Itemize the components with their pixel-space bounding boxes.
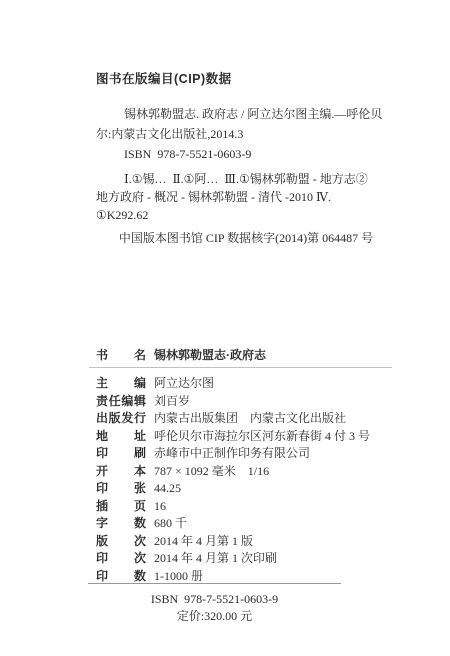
row-label: 出版发行: [96, 409, 146, 426]
row-value: 阿立达尔图: [154, 374, 214, 391]
table-row-word-count: 字数 680 千: [96, 514, 426, 532]
cip-classification-line: ①K292.62: [96, 206, 396, 224]
table-row-impression: 印次 2014 年 4 月第 1 次印刷: [96, 549, 426, 567]
row-value: 赤峰市中正制作印务有限公司: [154, 444, 310, 461]
row-value: 锡林郭勒盟志·政府志: [154, 346, 266, 363]
table-row-printed-sheets: 印张 44.25: [96, 479, 426, 497]
cip-description-line: 锡林郭勒盟志. 政府志 / 阿立达尔图主编.—呼伦贝: [96, 104, 396, 124]
row-value: 680 千: [154, 514, 187, 531]
table-row-print-run: 印数 1-1000 册: [96, 567, 426, 585]
book-copyright-page: 图书在版编目(CIP)数据 锡林郭勒盟志. 政府志 / 阿立达尔图主编.—呼伦贝…: [0, 0, 450, 656]
row-value: 16: [154, 499, 166, 514]
row-value: 1-1000 册: [154, 567, 203, 584]
row-value: 内蒙古出版集团 内蒙古文化出版社: [154, 409, 346, 426]
table-row-format: 开本 787 × 1092 毫米 1/16: [96, 462, 426, 480]
cip-classification-line: 地方政府 - 概况 - 锡林郭勒盟 - 清代 -2010 Ⅳ.: [96, 188, 396, 206]
row-label: 版次: [96, 532, 146, 549]
row-label: 责任编辑: [96, 392, 146, 409]
table-row-chief-editor: 主编 阿立达尔图: [96, 374, 426, 392]
divider-line: [89, 367, 392, 368]
table-row-responsible-editor: 责任编辑 刘百岁: [96, 392, 426, 410]
cip-isbn: ISBN 978-7-5521-0603-9: [124, 144, 396, 164]
row-label: 书名: [96, 346, 146, 363]
row-label: 印数: [96, 567, 146, 584]
row-label: 字数: [96, 514, 146, 531]
row-value: 44.25: [154, 481, 181, 496]
row-label: 印张: [96, 479, 146, 496]
table-row-edition: 版次 2014 年 4 月第 1 版: [96, 532, 426, 550]
cip-record-number: 中国版本图书馆 CIP 数据核字(2014)第 064487 号: [96, 229, 396, 247]
row-label: 地址: [96, 427, 146, 444]
cip-classification: Ⅰ.①锡… Ⅱ.①阿… Ⅲ.①锡林郭勒盟 - 地方志② 地方政府 - 概况 - …: [96, 170, 396, 224]
cip-classification-line: Ⅰ.①锡… Ⅱ.①阿… Ⅲ.①锡林郭勒盟 - 地方志②: [96, 170, 396, 188]
row-value: 刘百岁: [154, 392, 190, 409]
row-value: 787 × 1092 毫米 1/16: [154, 462, 269, 479]
table-row-address: 地址 呼伦贝尔市海拉尔区河东新春街 4 付 3 号: [96, 427, 426, 445]
colophon-table: 书名 锡林郭勒盟志·政府志 主编 阿立达尔图 责任编辑 刘百岁 出版发行 内蒙古…: [96, 346, 426, 584]
cip-header: 图书在版编目(CIP)数据: [96, 72, 396, 87]
footer-price: 定价:320.00 元: [88, 608, 341, 625]
row-label: 主编: [96, 374, 146, 391]
cip-description-line: 尔:内蒙古文化出版社,2014.3: [96, 124, 396, 144]
cip-data-block: 图书在版编目(CIP)数据 锡林郭勒盟志. 政府志 / 阿立达尔图主编.—呼伦贝…: [96, 72, 396, 247]
row-value: 2014 年 4 月第 1 次印刷: [154, 549, 277, 566]
table-row-publisher: 出版发行 内蒙古出版集团 内蒙古文化出版社: [96, 409, 426, 427]
row-label: 印次: [96, 549, 146, 566]
row-label: 开本: [96, 462, 146, 479]
row-value: 2014 年 4 月第 1 版: [154, 532, 253, 549]
row-label: 印刷: [96, 444, 146, 461]
footer-isbn: ISBN 978-7-5521-0603-9: [88, 591, 341, 608]
row-label: 插页: [96, 497, 146, 514]
table-row-book-title: 书名 锡林郭勒盟志·政府志: [96, 346, 426, 364]
cip-description: 锡林郭勒盟志. 政府志 / 阿立达尔图主编.—呼伦贝 尔:内蒙古文化出版社,20…: [96, 104, 396, 144]
table-row-inserts: 插页 16: [96, 497, 426, 515]
row-value: 呼伦贝尔市海拉尔区河东新春街 4 付 3 号: [154, 427, 370, 444]
table-row-printer: 印刷 赤峰市中正制作印务有限公司: [96, 444, 426, 462]
footer-block: ISBN 978-7-5521-0603-9 定价:320.00 元: [88, 583, 341, 624]
